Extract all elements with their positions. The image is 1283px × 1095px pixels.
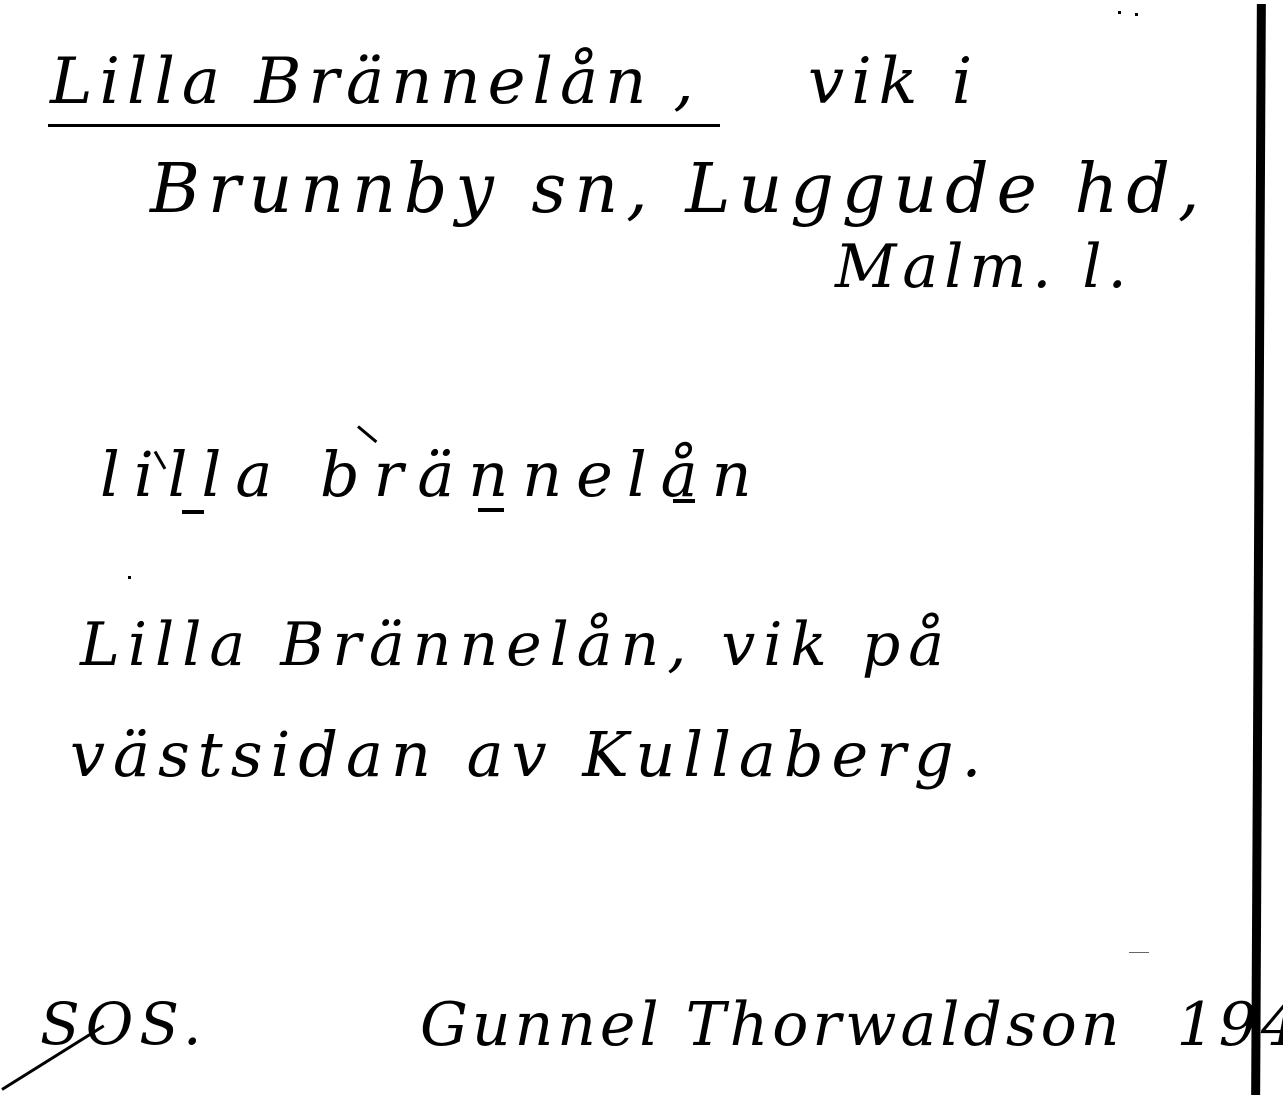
stress-mark-2 — [478, 508, 504, 512]
signature: Gunnel Thorwaldson 1945. — [420, 990, 1283, 1060]
stress-mark-3 — [673, 499, 695, 503]
location-line: Brunnby sn, Luggude hd, — [150, 150, 1207, 229]
definition-line2: västsidan av Kullaberg. — [70, 718, 989, 791]
description-line1-tail: vik i — [808, 45, 979, 119]
signature-year: 1945. — [1176, 990, 1283, 1060]
scan-speck — [128, 576, 131, 579]
scan-speck — [1118, 11, 1121, 14]
headword-line: Lilla Brännelån, vik i — [50, 45, 979, 119]
scan-dash — [1129, 952, 1149, 953]
phonetic-transcription: lilla brännelån — [100, 438, 766, 511]
phonetic-text: lilla brännelån — [100, 438, 766, 511]
headword-separator: , — [673, 45, 700, 119]
headword-underline — [48, 124, 720, 127]
headword: Lilla Brännelån — [50, 45, 653, 119]
definition-line1: Lilla Brännelån, vik på — [80, 610, 952, 680]
province-line: Malm. l. — [835, 232, 1133, 302]
stress-mark-1 — [182, 510, 204, 514]
signature-name: Gunnel Thorwaldson — [420, 990, 1123, 1060]
card-edge-border — [1251, 4, 1266, 1095]
archive-card: Lilla Brännelån, vik i Brunnby sn, Luggu… — [0, 0, 1283, 1095]
scan-speck — [1135, 13, 1138, 16]
